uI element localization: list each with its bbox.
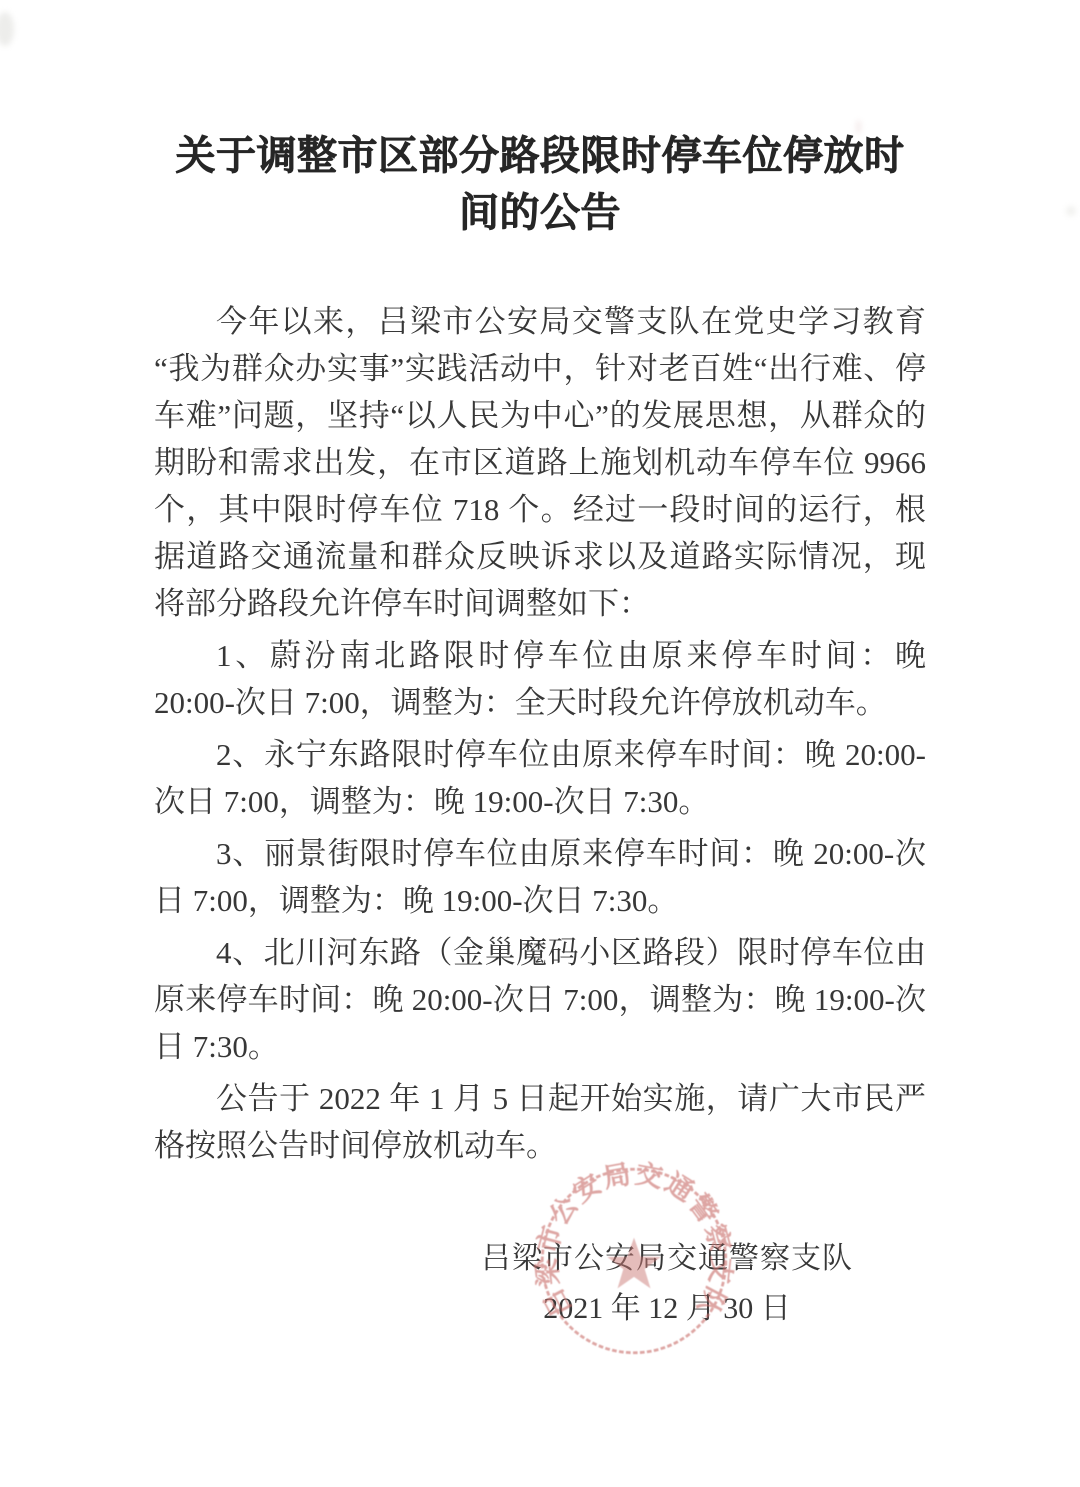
announcement-page: 关于调整市区部分路段限时停车位停放时 间的公告 今年以来，吕梁市公安局交警支队在… bbox=[0, 0, 1080, 1487]
announcement-body: 今年以来，吕梁市公安局交警支队在党史学习教育“我为群众办实事”实践活动中，针对老… bbox=[154, 298, 926, 1169]
scan-artifact bbox=[856, 120, 861, 134]
intro-paragraph: 今年以来，吕梁市公安局交警支队在党史学习教育“我为群众办实事”实践活动中，针对老… bbox=[154, 298, 926, 627]
signature-block: 吕梁市公安局交通警察支队 2021 年 12 月 30 日 bbox=[337, 1234, 997, 1334]
title-line-1: 关于调整市区部分路段限时停车位停放时 bbox=[0, 128, 1080, 185]
issue-date: 2021 年 12 月 30 日 bbox=[337, 1284, 997, 1334]
effective-date-paragraph: 公告于 2022 年 1 月 5 日起开始实施，请广大市民严格按照公告时间停放机… bbox=[154, 1075, 926, 1169]
scan-artifact bbox=[1066, 206, 1076, 216]
rule-item-3: 3、丽景街限时停车位由原来停车时间：晚 20:00-次日 7:00，调整为：晚 … bbox=[154, 830, 926, 924]
rule-item-2: 2、永宁东路限时停车位由原来停车时间：晚 20:00-次日 7:00，调整为：晚… bbox=[154, 731, 926, 825]
rule-item-1: 1、蔚汾南北路限时停车位由原来停车时间：晚 20:00-次日 7:00，调整为：… bbox=[154, 632, 926, 726]
rule-item-4: 4、北川河东路（金巢魔码小区路段）限时停车位由原来停车时间：晚 20:00-次日… bbox=[154, 929, 926, 1070]
title-line-2: 间的公告 bbox=[0, 185, 1080, 242]
scan-artifact bbox=[0, 12, 14, 46]
issuing-authority: 吕梁市公安局交通警察支队 bbox=[337, 1234, 997, 1284]
announcement-title: 关于调整市区部分路段限时停车位停放时 间的公告 bbox=[0, 128, 1080, 242]
